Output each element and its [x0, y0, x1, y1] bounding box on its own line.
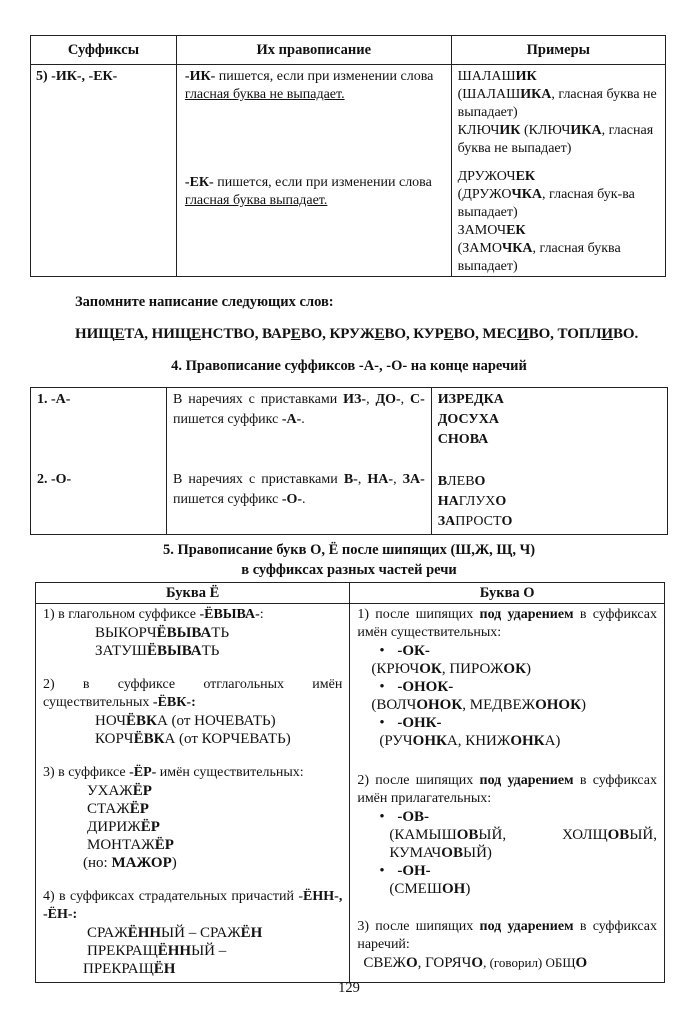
ex-onok: (ВОЛЧОНОК, МЕДВЕЖОНОК): [357, 696, 657, 714]
header-examples: Примеры: [451, 36, 665, 65]
rule-cell: -ИК- пишется, если при изменении слова г…: [176, 65, 451, 277]
remember-word: НИЩЕТА,: [75, 326, 152, 342]
suffix-ik-ek-table: Суффиксы Их правописание Примеры 5) -ИК-…: [30, 35, 666, 277]
o-rule-1: 1) после шипящих под ударением в суффикс…: [357, 606, 657, 750]
ex-onk: (РУЧОНКА, КНИЖОНКА): [357, 732, 657, 750]
yo-cell: 1) в глагольном суффиксе -ЁВЫВА-: ВЫКОРЧ…: [36, 604, 350, 983]
examples-cell: ШАЛАШИК (ШАЛАШИКА, гласная буква не выпа…: [451, 65, 665, 277]
suffix-cell: 5) -ИК-, -ЕК-: [31, 65, 177, 277]
header-letter-o: Буква О: [350, 583, 665, 604]
table-header-row: Суффиксы Их правописание Примеры: [31, 36, 666, 65]
header-suffixes: Суффиксы: [31, 36, 177, 65]
remember-heading: Запомните написание следующих слов:: [75, 294, 334, 311]
adverb-suffix-table: 1. -А- 2. -О- В наречиях с приставками И…: [30, 387, 668, 535]
section5-title: 5. Правописание букв О, Ё после шипящих …: [0, 540, 698, 580]
header-letter-yo: Буква Ё: [36, 583, 350, 604]
examples-ik: ШАЛАШИК (ШАЛАШИКА, гласная буква не выпа…: [458, 68, 659, 158]
ex-adverbs: СВЕЖО, ГОРЯЧО, (говорил) ОБЩО: [357, 954, 657, 972]
yo-rule-2: 2) в суффиксе отглагольных имён существи…: [43, 676, 342, 748]
o-rule-3: 3) после шипящих под ударением в суффикс…: [357, 918, 657, 972]
remember-word: ТОПЛИВО.: [557, 326, 638, 342]
o-rule-2: 2) после шипящих под ударением в суффикс…: [357, 772, 657, 898]
ex-ok: (КРЮЧОК, ПИРОЖОК): [357, 660, 657, 678]
o-yo-after-sibilants-table: Буква Ё Буква О 1) в глагольном суффиксе…: [35, 582, 665, 983]
table-row: 5) -ИК-, -ЕК- -ИК- пишется, если при изм…: [31, 65, 666, 277]
remember-word: КРУЖЕВО,: [329, 326, 413, 342]
suffix-cell: 1. -А- 2. -О-: [31, 388, 167, 535]
examples-cell: ИЗРЕДКА ДОСУХА СНОВА ВЛЕВО НАГЛУХО ЗАПРО…: [431, 388, 667, 535]
examples-ek: ДРУЖОЧЕК (ДРУЖОЧКА, гласная бук-ва выпад…: [458, 168, 659, 276]
table-row: 1. -А- 2. -О- В наречиях с приставками И…: [31, 388, 668, 535]
remember-word: КУРЕВО,: [413, 326, 482, 342]
rule-ik: -ИК- пишется, если при изменении слова г…: [185, 68, 443, 168]
remember-word: ВАРЕВО,: [262, 326, 329, 342]
table-header-row: Буква Ё Буква О: [36, 583, 665, 604]
ex-on: (СМЕШОН): [357, 880, 657, 898]
table-row: 1) в глагольном суффиксе -ЁВЫВА-: ВЫКОРЧ…: [36, 604, 665, 983]
yo-rule-4: 4) в суффиксах страдательных причастий -…: [43, 888, 342, 978]
remember-word: МЕСИВО,: [482, 326, 557, 342]
yo-rule-3: 3) в суффиксе -ЁР- имён существительных:…: [43, 764, 342, 872]
ex-ov-line2: КУМАЧОВЫЙ): [357, 844, 657, 862]
rule-ek: -ЕК- пишется, если при изменении слова г…: [185, 174, 443, 210]
page-number: 129: [0, 980, 698, 997]
remember-word: НИЩЕНСТВО,: [152, 326, 262, 342]
o-cell: 1) после шипящих под ударением в суффикс…: [350, 604, 665, 983]
ex-ov-line1: (КАМЫШОВЫЙ, ХОЛЩОВЫЙ,: [357, 826, 657, 844]
yo-rule-1: 1) в глагольном суффиксе -ЁВЫВА-: ВЫКОРЧ…: [43, 606, 342, 660]
rule-cell: В наречиях с приставками ИЗ-, ДО-, С- пи…: [166, 388, 431, 535]
remember-words: НИЩЕТА, НИЩЕНСТВО, ВАРЕВО, КРУЖЕВО, КУРЕ…: [75, 326, 638, 343]
header-spelling: Их правописание: [176, 36, 451, 65]
section4-title: 4. Правописание суффиксов -А-, -О- на ко…: [0, 358, 698, 375]
